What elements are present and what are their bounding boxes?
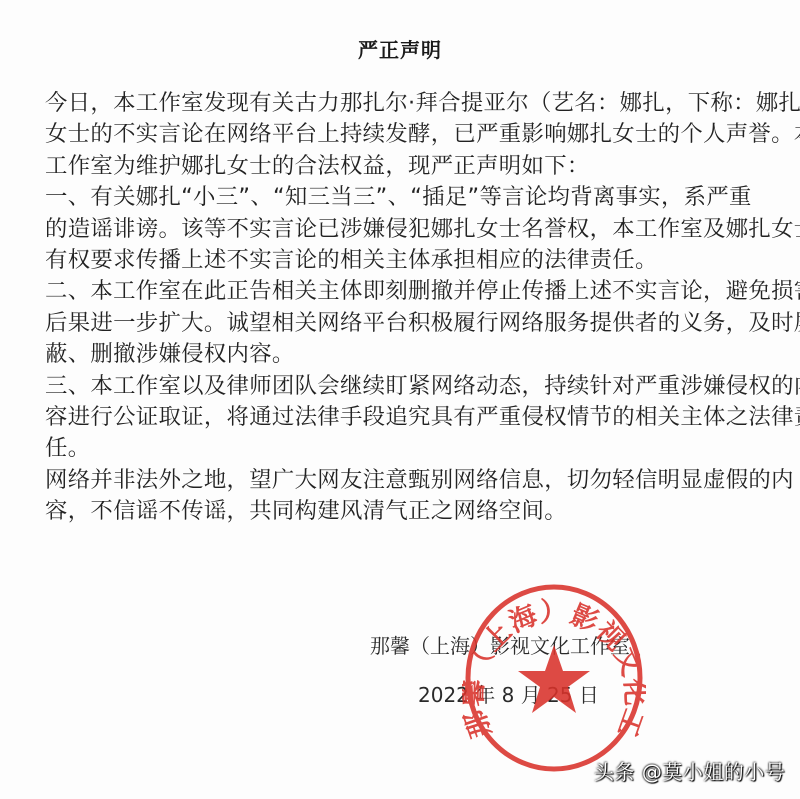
body-line: 三、本工作室以及律师团队会继续盯紧网络动态，持续针对严重涉嫌侵权的内 xyxy=(45,371,765,402)
body-line: 的造谣诽谤。该等不实言论已涉嫌侵犯娜扎女士名誉权，本工作室及娜扎女士 xyxy=(45,214,765,245)
body-line: 工作室为维护娜扎女士的合法权益，现严正声明如下： xyxy=(45,151,765,182)
body-line: 今日，本工作室发现有关古力那扎尔·拜合提亚尔（艺名：娜扎，下称：娜扎） xyxy=(45,88,765,119)
official-seal-icon: 那馨（上海）影视文化工作室 xyxy=(462,583,646,773)
signature-organization: 那馨（上海）影视文化工作室 xyxy=(370,630,630,659)
body-line: 有权要求传播上述不实言论的相关主体承担相应的法律责任。 xyxy=(45,245,765,276)
document-page: 严正声明 今日，本工作室发现有关古力那扎尔·拜合提亚尔（艺名：娜扎，下称：娜扎）… xyxy=(0,0,800,799)
watermark: 头条 @莫小姐的小号 xyxy=(594,756,785,785)
body-line: 女士的不实言论在网络平台上持续发酵，已严重影响娜扎女士的个人声誉。本 xyxy=(45,119,765,150)
body-line: 后果进一步扩大。诚望相关网络平台积极履行网络服务提供者的义务，及时屏 xyxy=(45,308,765,339)
body-line: 二、本工作室在此正告相关主体即刻删撤并停止传播上述不实言论，避免损害 xyxy=(45,276,765,307)
signature-date: 2022 年 8 月 25 日 xyxy=(418,679,599,708)
document-title: 严正声明 xyxy=(0,34,800,63)
body-line: 容，不信谣不传谣，共同构建风清气正之网络空间。 xyxy=(45,496,765,527)
body-line: 容进行公证取证，将通过法律手段追究具有严重侵权情节的相关主体之法律责 xyxy=(45,402,765,433)
svg-text:那馨（上海）影视文化工作室: 那馨（上海）影视文化工作室 xyxy=(462,583,646,742)
body-line: 任。 xyxy=(45,433,765,464)
body-line: 网络并非法外之地，望广大网友注意甄别网络信息，切勿轻信明显虚假的内 xyxy=(45,465,765,496)
statement-body: 今日，本工作室发现有关古力那扎尔·拜合提亚尔（艺名：娜扎，下称：娜扎） 女士的不… xyxy=(45,88,765,527)
body-line: 一、有关娜扎“小三”、“知三当三”、“插足”等言论均背离事实，系严重 xyxy=(45,182,765,213)
body-line: 蔽、删撤涉嫌侵权内容。 xyxy=(45,339,765,370)
seal-text: 那馨（上海）影视文化工作室 xyxy=(462,583,646,742)
